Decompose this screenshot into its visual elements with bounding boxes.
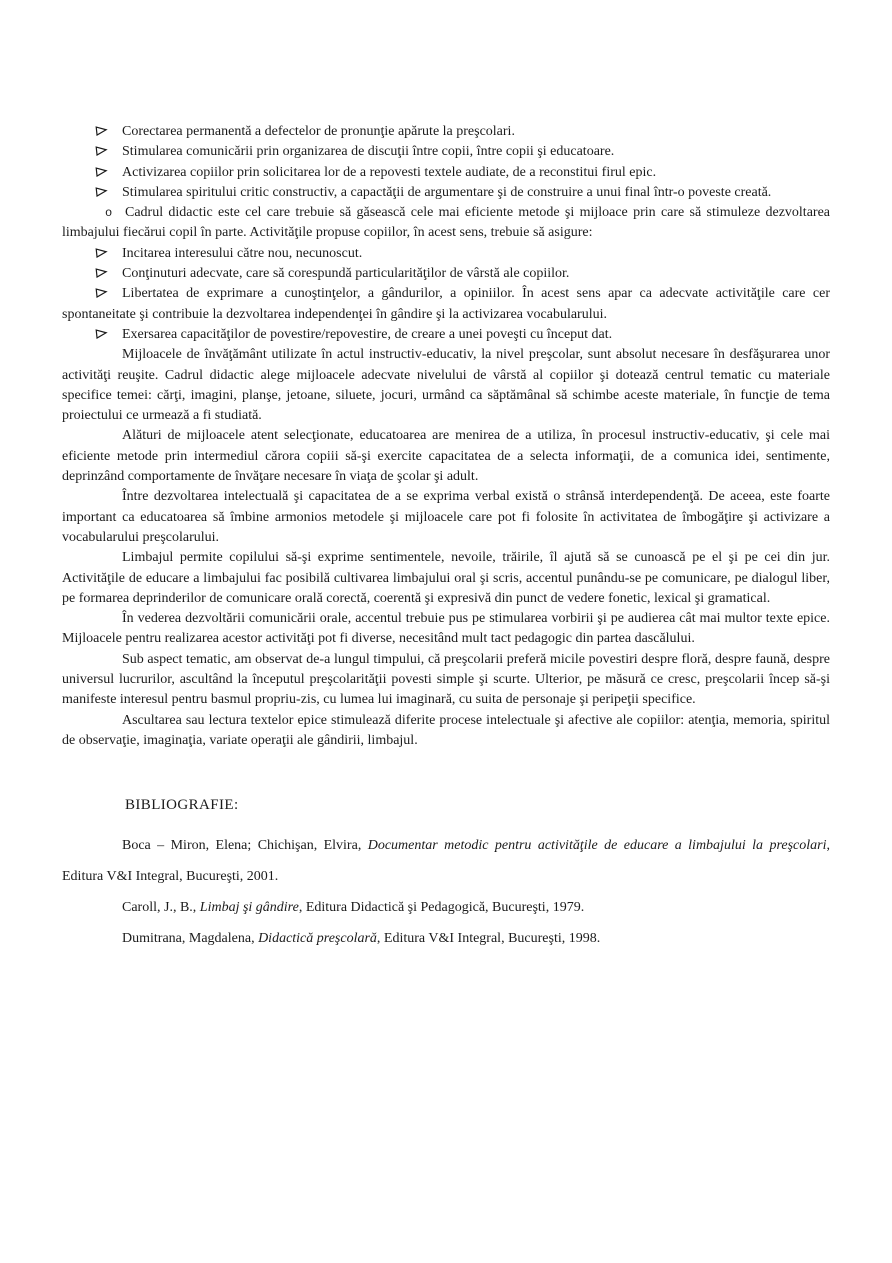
document-content: Corectarea permanentă a defectelor de pr… bbox=[0, 0, 892, 954]
reference-publisher: , Editura V&I Integral, Bucureşti, 1998. bbox=[377, 931, 600, 946]
bullet-item: Exersarea capacităţilor de povestire/rep… bbox=[62, 325, 830, 345]
bullet-item: Stimularea spiritului critic constructiv… bbox=[62, 183, 830, 203]
paragraph: Alături de mijloacele atent selecţionate… bbox=[62, 426, 830, 487]
arrow-bullet-icon bbox=[95, 183, 122, 203]
reference: Dumitrana, Magdalena, Didactică preşcola… bbox=[62, 923, 830, 954]
reference: Caroll, J., B., Limbaj şi gândire, Editu… bbox=[62, 892, 830, 923]
bullet-item: Conţinuturi adecvate, care să corespundă… bbox=[62, 264, 830, 284]
reference-title: Didactică preşcolară bbox=[258, 931, 377, 946]
bullet-item-text: Exersarea capacităţilor de povestire/rep… bbox=[122, 327, 612, 342]
reference-authors: Dumitrana, Magdalena, bbox=[122, 931, 258, 946]
bullet-item-text: Incitarea interesului către nou, necunos… bbox=[122, 246, 362, 261]
reference-title: Documentar metodic pentru activităţile d… bbox=[368, 838, 827, 853]
reference-authors: Boca – Miron, Elena; Chichişan, Elvira, bbox=[122, 838, 368, 853]
arrow-bullet-icon bbox=[95, 264, 122, 284]
bullet-item: Libertatea de exprimare a cunoştinţelor,… bbox=[62, 284, 830, 325]
bullet-item-text: Stimularea comunicării prin organizarea … bbox=[122, 144, 614, 159]
bullet-item: Activizarea copiilor prin solicitarea lo… bbox=[62, 163, 830, 183]
reference: Boca – Miron, Elena; Chichişan, Elvira, … bbox=[62, 830, 830, 892]
arrow-bullet-icon bbox=[95, 122, 122, 142]
bullet-item-text: Libertatea de exprimare a cunoştinţelor,… bbox=[62, 286, 830, 321]
bibliography-references: Boca – Miron, Elena; Chichişan, Elvira, … bbox=[62, 830, 830, 954]
reference-title: Limbaj şi gândire bbox=[200, 900, 299, 915]
reference-publisher: , Editura Didactică şi Pedagogică, Bucur… bbox=[299, 900, 584, 915]
bullet-item: Stimularea comunicării prin organizarea … bbox=[62, 142, 830, 162]
bullet-item: Incitarea interesului către nou, necunos… bbox=[62, 244, 830, 264]
document-page: Corectarea permanentă a defectelor de pr… bbox=[0, 0, 892, 1263]
arrow-bullet-icon bbox=[95, 325, 122, 345]
paragraph: În vederea dezvoltării comunicării orale… bbox=[62, 609, 830, 650]
paragraph: Ascultarea sau lectura textelor epice st… bbox=[62, 711, 830, 752]
bullet-item: Corectarea permanentă a defectelor de pr… bbox=[62, 122, 830, 142]
reference-authors: Caroll, J., B., bbox=[122, 900, 200, 915]
circle-bullet-icon: o bbox=[105, 203, 125, 223]
paragraph: Sub aspect tematic, am observat de-a lun… bbox=[62, 650, 830, 711]
arrow-bullet-icon bbox=[95, 163, 122, 183]
circle-bullet-item-text: Cadrul didactic este cel care trebuie să… bbox=[62, 205, 830, 240]
arrow-bullet-icon bbox=[95, 142, 122, 162]
bibliography-heading: BIBLIOGRAFIE: bbox=[62, 795, 830, 815]
paragraph: Mijloacele de învăţământ utilizate în ac… bbox=[62, 345, 830, 426]
bullet-item-text: Conţinuturi adecvate, care să corespundă… bbox=[122, 266, 569, 281]
circle-bullet-item: oCadrul didactic este cel care trebuie s… bbox=[62, 203, 830, 244]
bullet-item-text: Corectarea permanentă a defectelor de pr… bbox=[122, 124, 515, 139]
bullet-item-text: Activizarea copiilor prin solicitarea lo… bbox=[122, 165, 656, 180]
arrow-bullet-icon bbox=[95, 244, 122, 264]
arrow-bullet-icon bbox=[95, 284, 122, 304]
bullet-item-text: Stimularea spiritului critic constructiv… bbox=[122, 185, 771, 200]
bibliography-section: BIBLIOGRAFIE: Boca – Miron, Elena; Chich… bbox=[62, 795, 830, 953]
paragraph: Între dezvoltarea intelectuală şi capaci… bbox=[62, 487, 830, 548]
paragraph: Limbajul permite copilului să-şi exprime… bbox=[62, 548, 830, 609]
